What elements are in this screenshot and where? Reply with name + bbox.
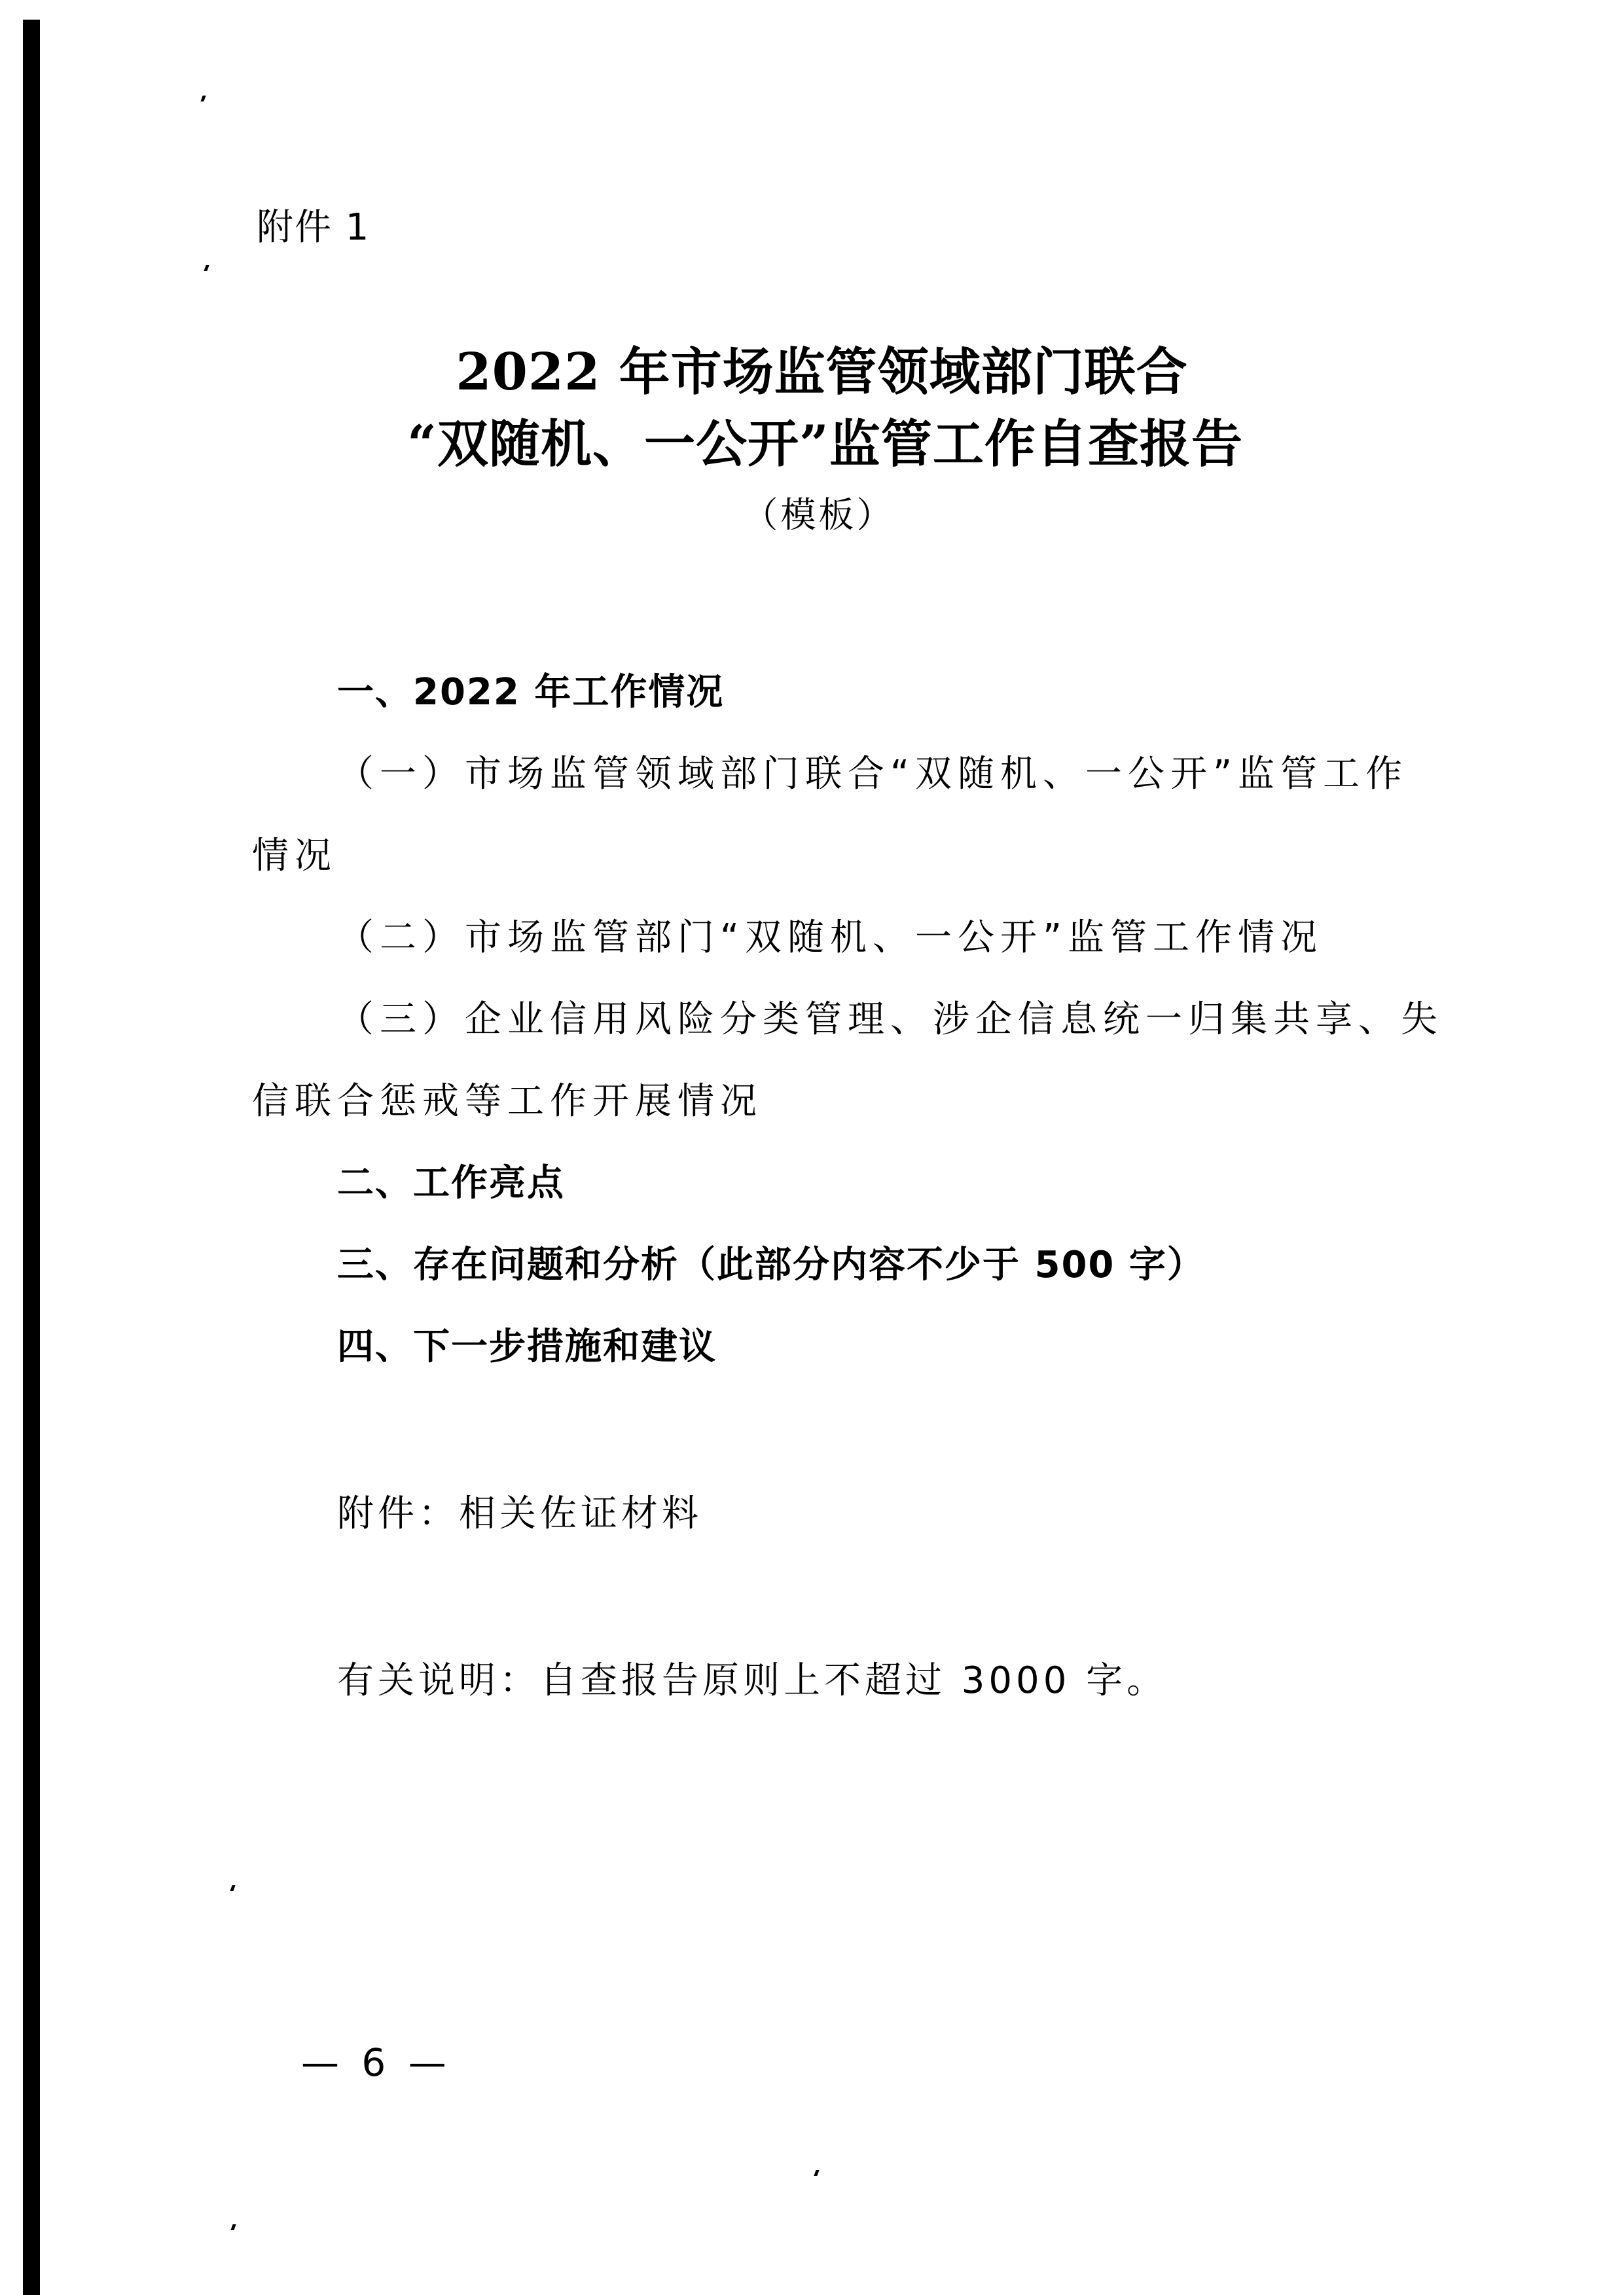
title-line-1: 2022 年市场监管领域部门联合 bbox=[20, 347, 1624, 398]
subsection-heading-2: （二）市场监管部门“双随机、一公开”监管工作情况 bbox=[337, 920, 1323, 956]
scan-speck bbox=[204, 265, 209, 271]
scan-speck bbox=[200, 96, 206, 101]
scan-speck bbox=[230, 1885, 235, 1891]
subsection-heading-3-continuation: 信联合惩戒等工作开展情况 bbox=[252, 1083, 763, 1120]
section-heading-1: 一、2022 年工作情况 bbox=[337, 674, 724, 711]
title-line-2: “双随机、一公开”监管工作自查报告 bbox=[26, 419, 1624, 470]
title-subtitle: （模板） bbox=[13, 497, 1624, 533]
attachment-label: 附件 1 bbox=[257, 209, 370, 246]
attachments-note: 附件：相关佐证材料 bbox=[337, 1496, 702, 1532]
scan-speck bbox=[230, 2224, 236, 2230]
scan-speck bbox=[814, 2170, 819, 2176]
remarks-note: 有关说明：自查报告原则上不超过 3000 字。 bbox=[337, 1663, 1167, 1699]
subsection-heading-1: （一）市场监管领域部门联合“双随机、一公开”监管工作 bbox=[337, 756, 1408, 793]
section-heading-4: 四、下一步措施和建议 bbox=[337, 1329, 717, 1365]
subsection-heading-3: （三）企业信用风险分类管理、涉企信息统一归集共享、失 bbox=[337, 1002, 1443, 1038]
subsection-heading-1-continuation: 情况 bbox=[252, 838, 337, 875]
section-heading-2: 二、工作亮点 bbox=[337, 1165, 565, 1202]
section-heading-3: 三、存在问题和分析（此部分内容不少于 500 字） bbox=[337, 1247, 1205, 1284]
page-number: — 6 — bbox=[301, 2044, 452, 2082]
document-title: 2022 年市场监管领域部门联合 “双随机、一公开”监管工作自查报告 （模板） bbox=[0, 347, 1624, 533]
